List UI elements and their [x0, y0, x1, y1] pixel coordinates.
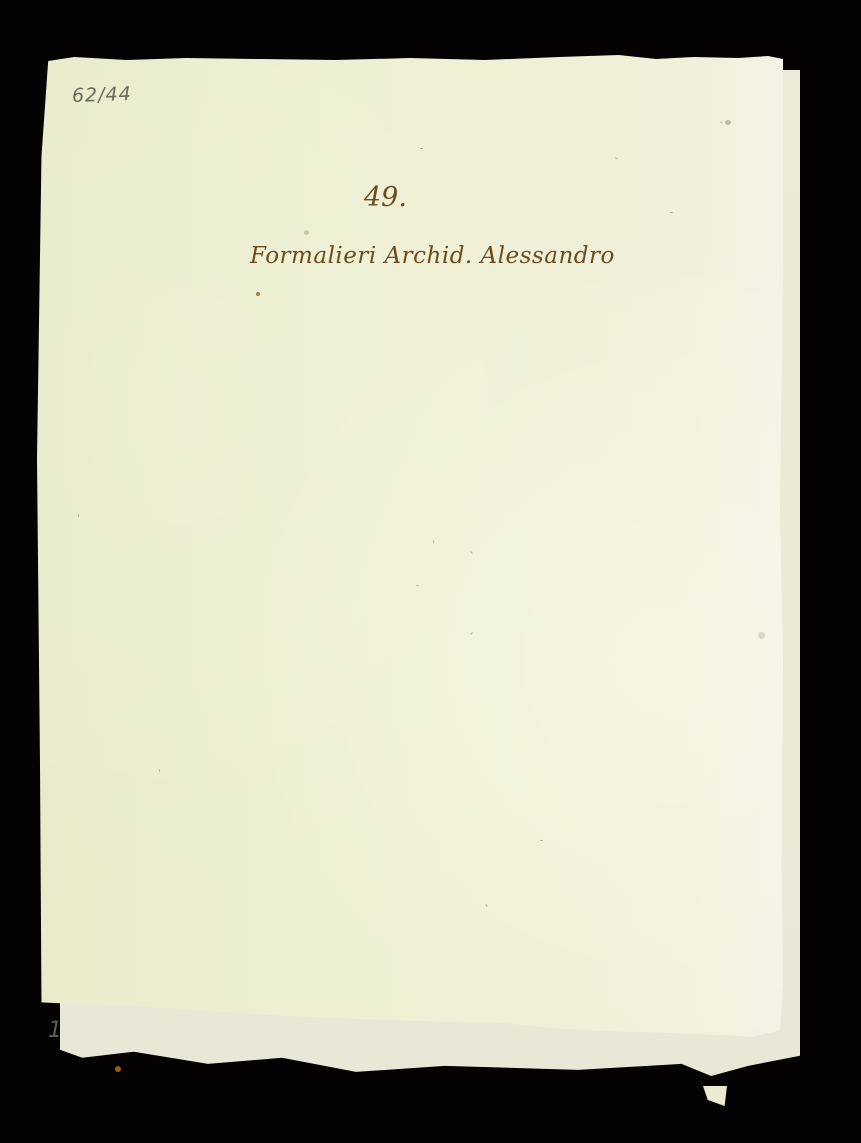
paper-spot — [304, 230, 309, 235]
paper-spot — [256, 292, 260, 296]
paper-fiber — [159, 769, 160, 772]
pencil-shelfmark: 62/44 — [72, 83, 132, 107]
pencil-page-number: 1 — [48, 1018, 62, 1043]
paper-fiber — [540, 840, 543, 841]
paper-fiber — [670, 212, 673, 213]
item-number: 49. — [364, 182, 407, 213]
handwritten-name: Formalieri Archid. Alessandro — [250, 243, 615, 269]
paper-fiber — [420, 148, 423, 149]
paper-spot — [725, 120, 731, 125]
paper-spot — [758, 632, 765, 639]
paper-sheet — [37, 55, 783, 1065]
rust-spot — [115, 1066, 121, 1072]
